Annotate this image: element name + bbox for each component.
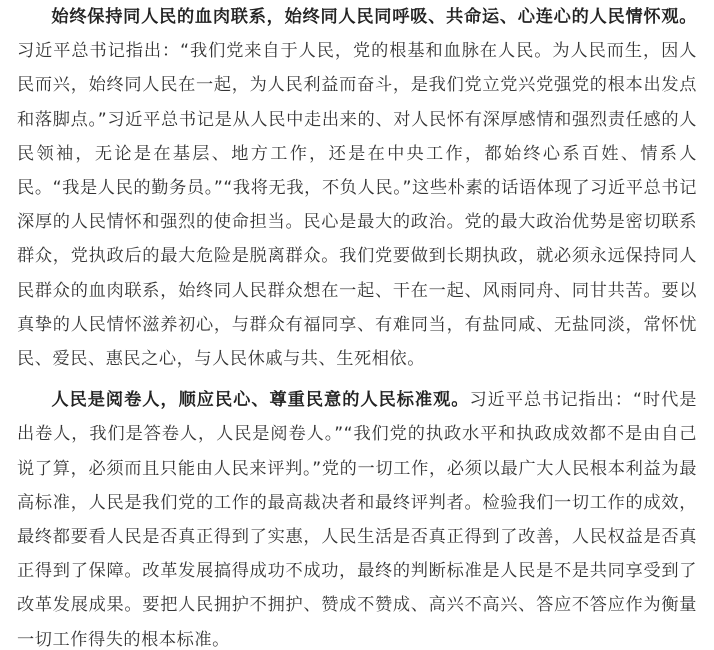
paragraph-heading: 始终保持同人民的血肉联系，始终同人民同呼吸、共命运、心连心的人民情怀观。 bbox=[51, 7, 697, 27]
paragraph-heading: 人民是阅卷人，顺应民心、尊重民意的人民标准观。 bbox=[51, 390, 469, 410]
paragraph-people-standard: 人民是阅卷人，顺应民心、尊重民意的人民标准观。习近平总书记指出：“时代是出卷人，… bbox=[17, 383, 697, 650]
article-body: 始终保持同人民的血肉联系，始终同人民同呼吸、共命运、心连心的人民情怀观。习近平总… bbox=[17, 0, 697, 650]
paragraph-text: 习近平总书记指出：“我们党来自于人民，党的根基和血脉在人民。为人民而生，因人民而… bbox=[17, 41, 697, 369]
paragraph-people-sentiment: 始终保持同人民的血肉联系，始终同人民同呼吸、共命运、心连心的人民情怀观。习近平总… bbox=[17, 0, 697, 376]
paragraph-text: 习近平总书记指出：“时代是出卷人，我们是答卷人，人民是阅卷人。”“我们党的执政水… bbox=[17, 390, 697, 649]
